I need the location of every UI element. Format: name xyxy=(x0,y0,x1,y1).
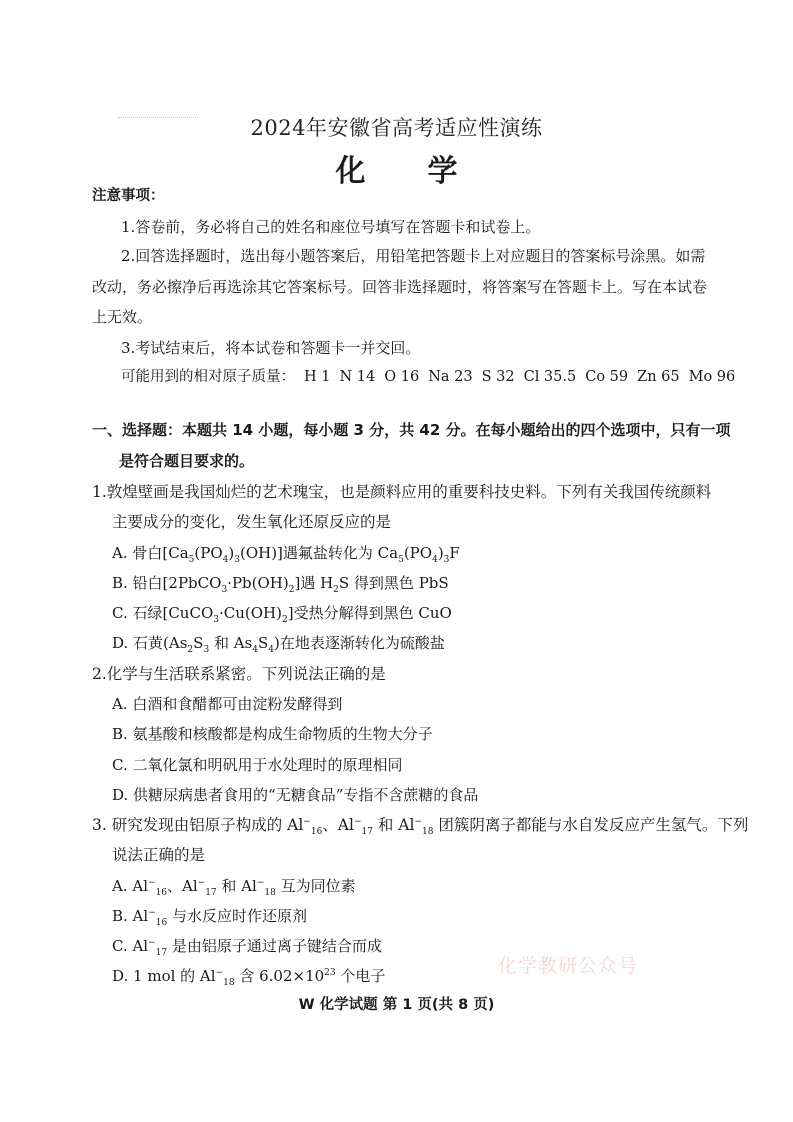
question-3-stem: 3. 研究发现由铝原子构成的 Al−16、Al−17 和 Al−18 团簇阴离子… xyxy=(92,815,748,835)
question-1-option-c: C. 石绿[CuCO3·Cu(OH)2]受热分解得到黑色 CuO xyxy=(112,603,452,623)
notice-item-1: 1.答卷前，务必将自己的姓名和座位号填写在答题卡和试卷上。 xyxy=(121,217,540,237)
notice-heading: 注意事项： xyxy=(92,186,165,206)
question-3-option-a: A. Al−16、Al−17 和 Al−18 互为同位素 xyxy=(112,876,356,896)
mass-na: Na 23 xyxy=(428,369,472,385)
question-2-option-d: D. 供糖尿病患者食用的“无糖食品”专指不含蔗糖的食品 xyxy=(112,785,478,805)
subject-title: 化学 xyxy=(0,146,793,190)
notice-item-2-line-1: 2.回答选择题时，选出每小题答案后，用铅笔把答题卡上对应题目的答案标号涂黑。如需 xyxy=(121,246,705,266)
atomic-masses: 可能用到的相对原子质量：H 1N 14O 16Na 23S 32Cl 35.5C… xyxy=(121,367,735,387)
watermark: 化学教研公众号 xyxy=(498,951,638,978)
notice-item-2-line-3: 上无效。 xyxy=(92,307,152,327)
question-3-option-d: D. 1 mol 的 Al−18 含 6.02×1023 个电子 xyxy=(112,966,385,986)
question-3-stem-line-2: 说法正确的是 xyxy=(112,845,205,865)
question-1-option-b: B. 铅白[2PbCO3·Pb(OH)2]遇 H2S 得到黑色 PbS xyxy=(112,573,449,593)
exam-title: 2024年安徽省高考适应性演练 xyxy=(0,112,793,142)
mass-s: S 32 xyxy=(482,369,515,385)
question-1-stem: 1.敦煌壁画是我国灿烂的艺术瑰宝，也是颜料应用的重要科技史料。下列有关我国传统颜… xyxy=(92,482,711,502)
question-3-option-b: B. Al−16 与水反应时作还原剂 xyxy=(112,906,307,926)
question-2-stem: 2.化学与生活联系紧密。下列说法正确的是 xyxy=(92,664,386,684)
section-1-heading-line-2: 是符合题目要求的。 xyxy=(119,451,254,471)
mass-cl: Cl 35.5 xyxy=(524,369,577,385)
mass-zn: Zn 65 xyxy=(637,369,679,385)
mass-o: O 16 xyxy=(384,369,419,385)
notice-item-2-line-2: 改动，务必擦净后再选涂其它答案标号。回答非选择题时，将答案写在答题卡上。写在本试… xyxy=(92,277,707,297)
question-2-option-c: C. 二氧化氯和明矾用于水处理时的原理相同 xyxy=(112,755,403,775)
question-3-option-c: C. Al−17 是由铝原子通过离子键结合而成 xyxy=(112,936,382,956)
question-2-option-b: B. 氨基酸和核酸都是构成生命物质的生物大分子 xyxy=(112,724,433,744)
page-footer: W 化学试题 第 1 页(共 8 页) xyxy=(0,993,793,1014)
mass-co: Co 59 xyxy=(585,369,628,385)
atomic-masses-label: 可能用到的相对原子质量： xyxy=(121,369,295,385)
question-2-option-a: A. 白酒和食醋都可由淀粉发酵得到 xyxy=(112,694,342,714)
question-1-option-d: D. 石黄(As2S3 和 As4S4)在地表逐渐转化为硫酸盐 xyxy=(112,633,445,653)
question-1-option-a: A. 骨白[Ca5(PO4)3(OH)]遇氟盐转化为 Ca5(PO4)3F xyxy=(112,543,460,563)
mass-mo: Mo 96 xyxy=(689,369,736,385)
notice-item-3: 3.考试结束后，将本试卷和答题卡一并交回。 xyxy=(121,338,420,358)
question-1-stem-line-2: 主要成分的变化，发生氧化还原反应的是 xyxy=(112,512,391,532)
exam-page: 2024年安徽省高考适应性演练 化学 注意事项： 1.答卷前，务必将自己的姓名和… xyxy=(0,0,793,1122)
section-1-heading-line-1: 一、选择题：本题共 14 小题，每小题 3 分，共 42 分。在每小题给出的四个… xyxy=(92,420,731,440)
mass-h: H 1 xyxy=(304,369,330,385)
mass-n: N 14 xyxy=(339,369,375,385)
